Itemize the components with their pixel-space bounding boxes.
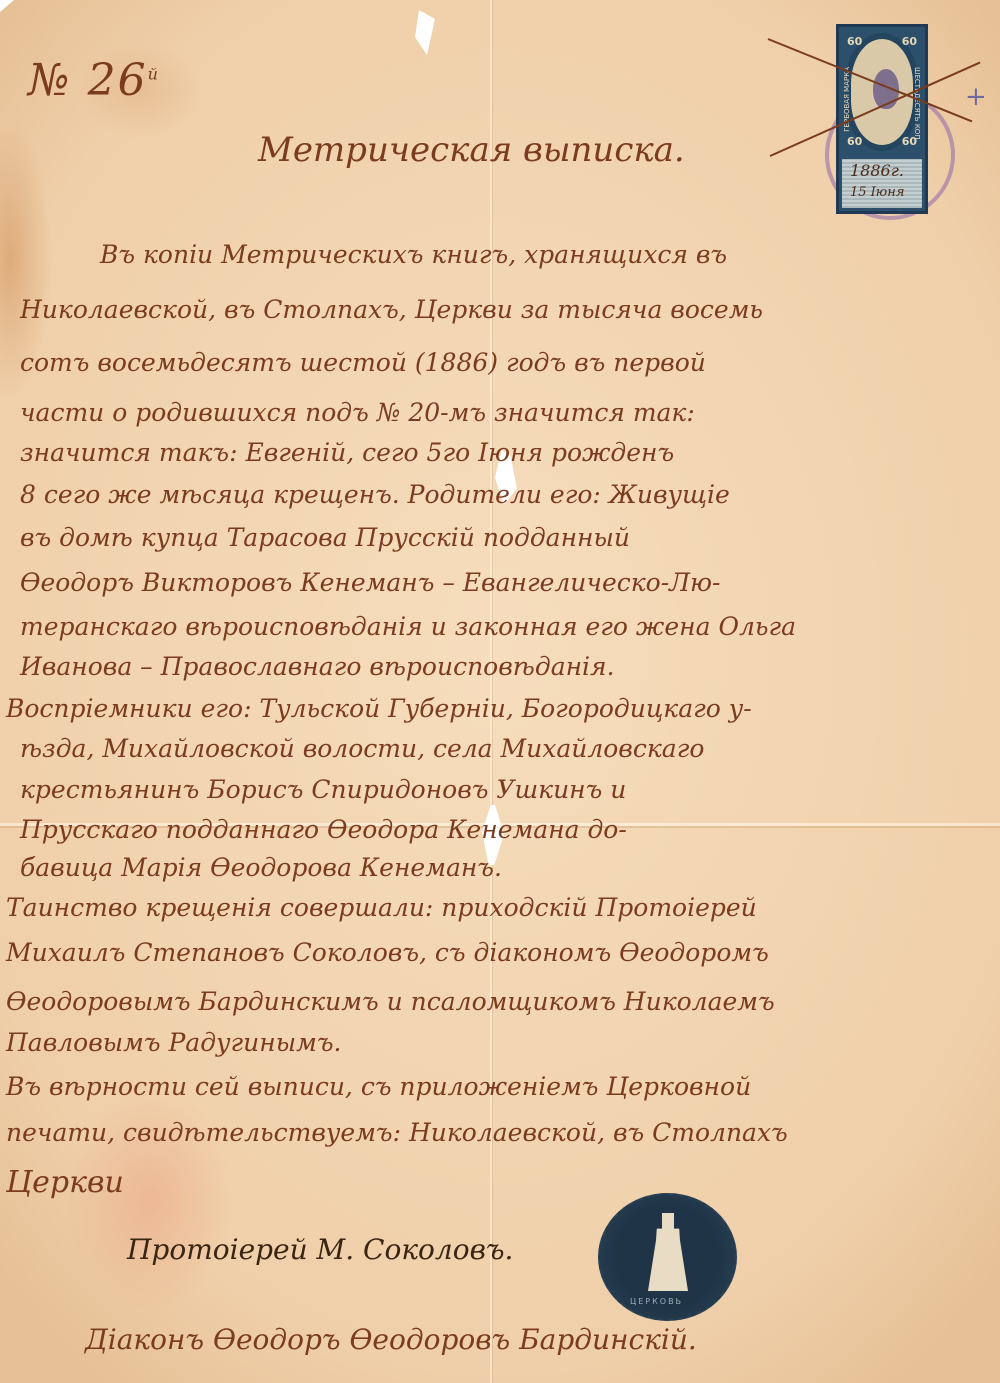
- stamp-denomination: 60: [847, 135, 862, 148]
- body-line: 8 сего же мѣсяца крещенъ. Родители его: …: [20, 480, 730, 509]
- body-line: Өеодоръ Викторовъ Кенеманъ – Евангеличес…: [20, 568, 721, 597]
- body-line: Өеодоровымъ Бардинскимъ и псаломщикомъ Н…: [6, 987, 775, 1016]
- number-value: 26: [88, 55, 148, 106]
- body-line: Церкви: [6, 1165, 124, 1200]
- body-line: Таинство крещенія совершали: приходскій …: [6, 893, 757, 922]
- body-line: крестьянинъ Борисъ Спиридоновъ Ушкинъ и: [20, 775, 626, 804]
- church-seal: ЦЕРКОВЬ: [598, 1193, 737, 1321]
- number-suffix: й: [148, 64, 160, 83]
- stamp-denomination: 60: [902, 35, 917, 48]
- body-line: Въ копіи Метрическихъ книгъ, хранящихся …: [100, 240, 727, 269]
- body-line: части о родившихся подъ № 20-мъ значится…: [20, 398, 695, 427]
- seal-rim-text: ЦЕРКОВЬ: [630, 1297, 683, 1306]
- number-sign: №: [28, 55, 72, 106]
- signature-deacon: Діаконъ Өеодоръ Өеодоровъ Бардинскій.: [85, 1323, 697, 1356]
- body-line: бавица Марія Өеодорова Кенеманъ.: [20, 853, 502, 882]
- body-line: въ домѣ купца Тарасова Прусскій подданны…: [20, 523, 630, 552]
- stamp-tab: 1886г. 15 Іюня: [842, 159, 922, 208]
- body-line: теранскаго вѣроисповѣданія и законная ег…: [20, 612, 796, 641]
- document-number: № 26й: [28, 55, 160, 106]
- body-line: Въ вѣрности сей выписи, съ приложеніемъ …: [6, 1072, 751, 1101]
- body-line: Павловымъ Радугинымъ.: [6, 1028, 341, 1057]
- stamp-denomination: 60: [847, 35, 862, 48]
- vertical-fold-line: [490, 0, 492, 1383]
- stamp-tab-year: 1886г.: [850, 161, 904, 180]
- margin-cross-mark: +: [965, 82, 987, 112]
- body-line: ѣзда, Михайловской волости, села Михайло…: [20, 734, 704, 763]
- body-line: Иванова – Православнаго вѣроисповѣданія.: [20, 652, 615, 681]
- stamp-tab-date: 15 Іюня: [850, 185, 904, 200]
- church-building-icon: [648, 1213, 688, 1291]
- signature-archpriest: Протоіерей М. Соколовъ.: [127, 1233, 513, 1266]
- stamp-oval: [845, 33, 919, 151]
- body-line: Николаевской, въ Столпахъ, Церкви за тыс…: [20, 295, 763, 324]
- body-line: Прусскаго подданнаго Өеодора Кенемана до…: [20, 815, 627, 844]
- body-line: значится такъ: Евгеній, сего 5го Іюня ро…: [20, 438, 674, 467]
- stamp-value-text: ШЕСТЬДЕСЯТЬ КОП.: [909, 67, 921, 142]
- body-line: Воспріемники его: Тульской Губерніи, Бог…: [6, 694, 752, 723]
- document-title: Метрическая выписка.: [258, 130, 685, 170]
- body-line: Михаилъ Степановъ Соколовъ, съ діакономъ…: [6, 938, 769, 967]
- body-line: сотъ восемьдесятъ шестой (1886) годъ въ …: [20, 348, 706, 377]
- body-line: печати, свидѣтельствуемъ: Николаевской, …: [6, 1118, 788, 1147]
